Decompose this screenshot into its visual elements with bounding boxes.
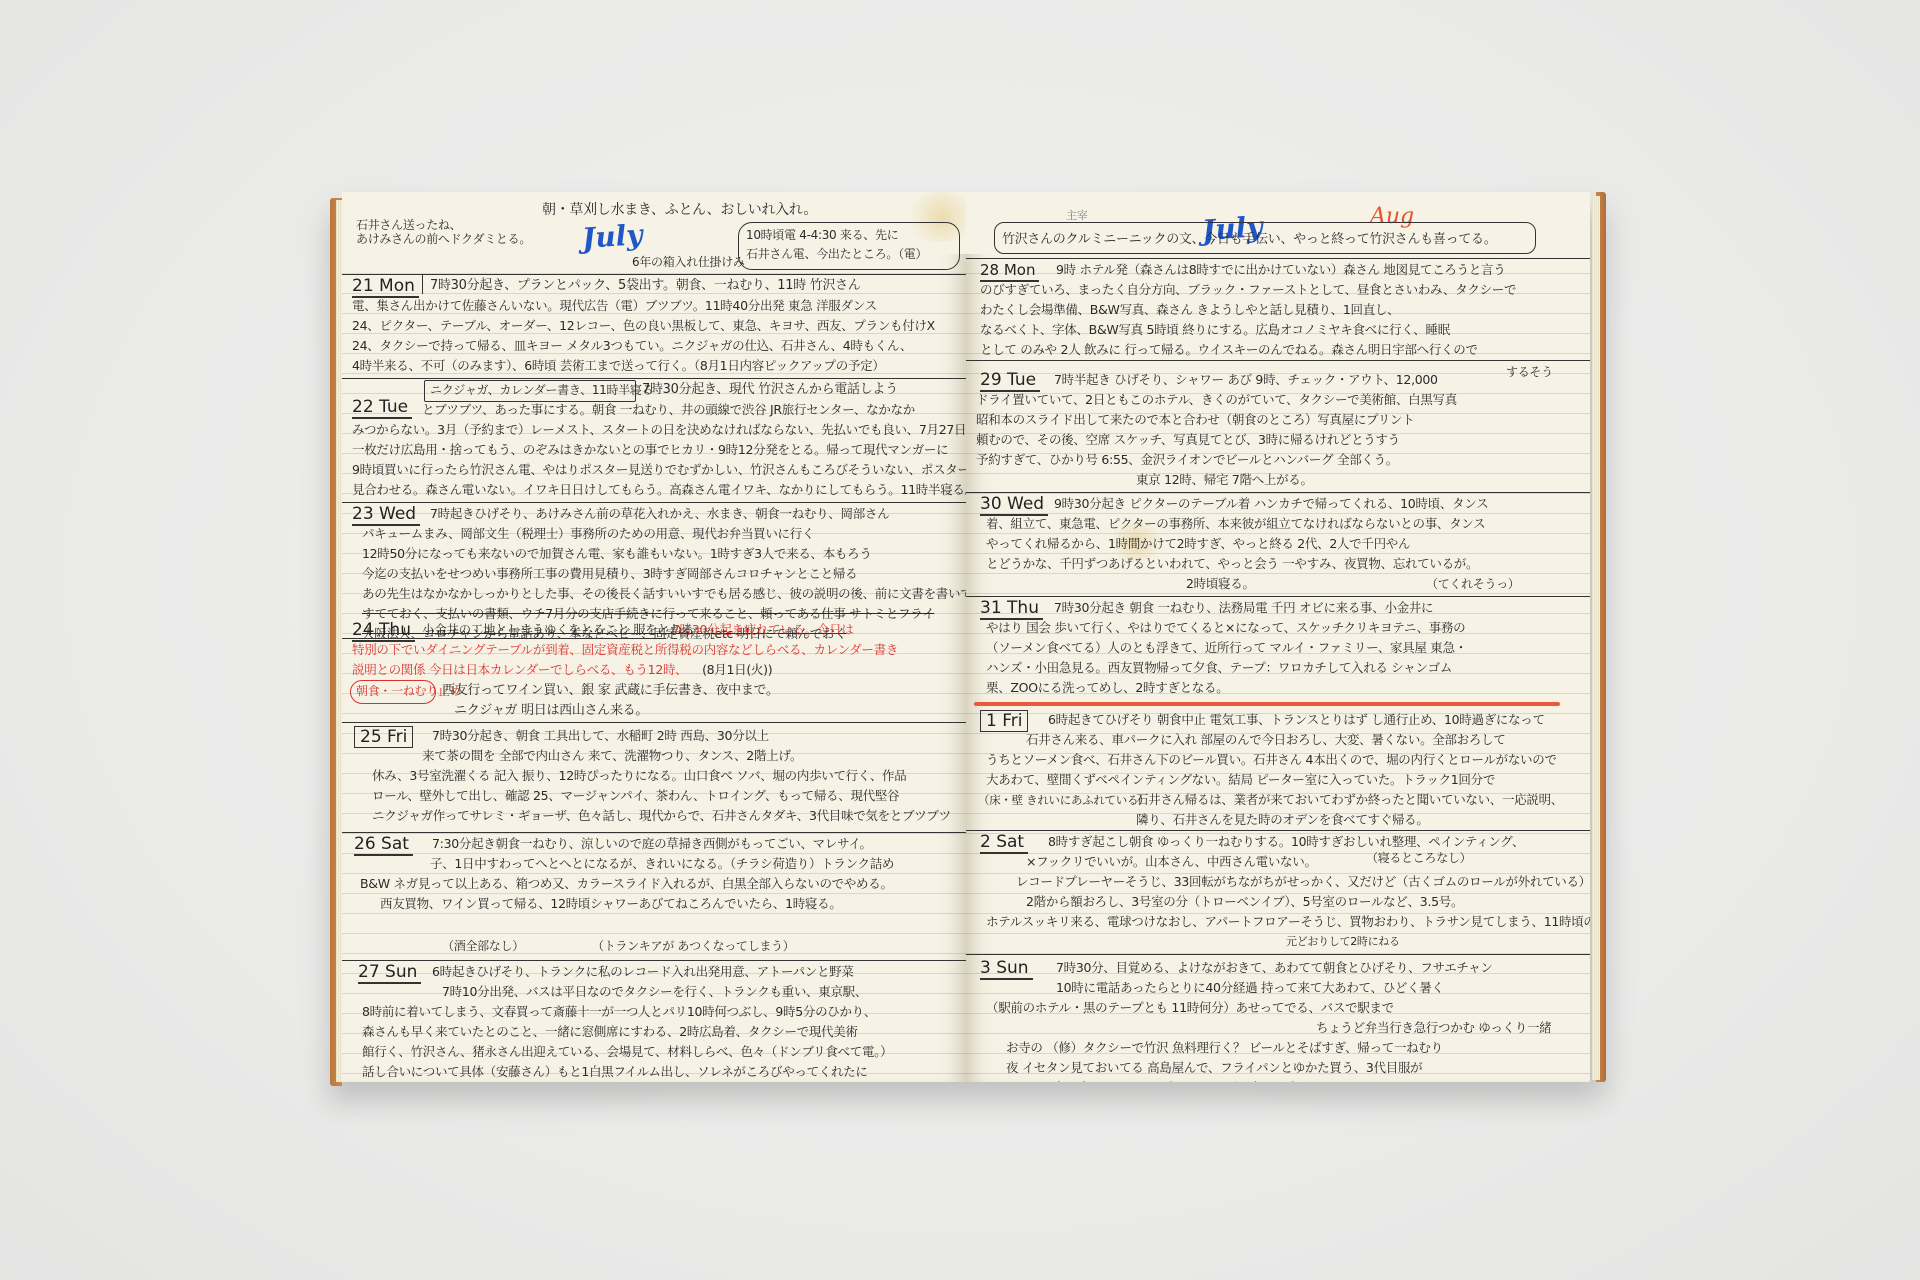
entry-30-wed-body: 着、組立て、東急電、ピクターの事務所、本来彼が組立てなければならないとの事、タン… xyxy=(986,514,1485,594)
side-note: （てくれそうっ） xyxy=(1426,574,1520,594)
boxed-top-note-text: 竹沢さんのクルミニーニックの文、今日も手伝い、やっと終って竹沢さんも喜ってる。 xyxy=(1002,230,1496,250)
entry-divider xyxy=(966,360,1590,361)
entry-2-sat-body: ×フックリでいいが。山本さん、中西さん電いない。 レコードプレーヤーそうじ、33… xyxy=(986,852,1590,952)
header-under-month: 6年の箱入れ仕掛けみ xyxy=(632,252,745,272)
day-label-2-sat: 2 Sat xyxy=(980,832,1028,854)
circled-note: （酒全部なし） xyxy=(442,936,524,956)
entry-26-sat-head: 7:30分起き朝食一ねむり、涼しいので庭の草掃き西側がもってごい、マレサイ。 xyxy=(432,834,872,854)
day-label-26-sat: 26 Sat xyxy=(354,834,413,856)
entry-26-sat-body: 子、1日中すわってへとへとになるが、きれいになる。（チラシ荷造り）トランク詰め … xyxy=(360,854,894,914)
entry-27-sun-body: 7時10分出発、バスは平日なのでタクシーを行く、トランクも重い、東京駅、 8時前… xyxy=(362,982,898,1082)
entry-31-thu-body: やはり 国会 歩いて行く、やはりでてくると×になって、スケッチクリキヨテニ、事務… xyxy=(986,618,1467,698)
entry-24-thu-red-head: 7時30分起き疲れている。今日は xyxy=(672,620,854,640)
day-label-21-mon: 21 Mon xyxy=(352,276,419,298)
entry-divider xyxy=(342,722,966,723)
day-divider xyxy=(422,274,423,294)
entry-divider xyxy=(342,502,966,503)
day-label-1-fri: 1 Fri xyxy=(980,710,1028,732)
entry-divider xyxy=(966,492,1590,493)
entry-24-thu-after: 西友行ってワイン買い、銀 家 武蔵に手伝書き、夜中まで。 ニクジャガ 明日は西山… xyxy=(442,681,779,721)
entry-22-tue-body: とブツブツ、あった事にする。朝食 一ねむり、井の頭線で渋谷 JR旅行センター、な… xyxy=(422,400,915,420)
left-page: 朝・草刈し水まき、ふとん、おしいれ入れ。 石井さん送ったね、 あけみさんの前へド… xyxy=(342,192,966,1082)
entry-21-mon-body: 電、集さん出かけて佐藤さんいない。現代広告（電）ブツブツ。11時40分出発 東急… xyxy=(352,296,935,376)
entry-28-mon-head: 9時 ホテル発（森さんは8時すでに出かけていない）森さん 地図見てころうと言う xyxy=(1056,260,1505,280)
entry-1-fri-body: 石井さん来る、車パークに入れ 部屋のんで今日おろし、大変、暑くない。全部おろして… xyxy=(986,730,1563,830)
day-label-25-fri: 25 Fri xyxy=(354,726,413,748)
day-label-27-sun: 27 Sun xyxy=(358,962,421,984)
boxed-reminder-text: ニクジャガ、カレンダー書き、11時半寝る xyxy=(430,380,653,400)
entry-21-mon: 7時30分起き、プランとパック、5袋出す。朝食、一ねむり、11時 竹沢さん xyxy=(430,276,861,296)
entry-31-thu-head: 7時30分起き 朝食 一ねむり、法務局電 千円 オビに来る事、小金井に xyxy=(1054,598,1433,618)
page-stack-right xyxy=(1592,196,1600,1080)
day-label-3-sun: 3 Sun xyxy=(980,958,1033,980)
entry-25-fri-head: 7時30分起き、朝食 工具出して、水稲町 2時 西島、30分以上 xyxy=(432,726,769,746)
day-label-31-thu: 31 Thu xyxy=(980,598,1043,620)
boxed-note-text: 10時頃電 4-4:30 来る、先に 石井さん電、今出たところ。（電） xyxy=(746,226,927,264)
header-top-note: 朝・草刈し水まき、ふとん、おしいれ入れ。 xyxy=(542,200,817,220)
entry-divider xyxy=(342,274,966,275)
header-side-note: 石井さん送ったね、 あけみさんの前へドクダミとる。 xyxy=(356,218,531,246)
entry-23-wed-head: 7時起きひげそり、あけみさん前の草花入れかえ、水まき、朝食一ねむり、岡部さん xyxy=(430,504,889,524)
entry-divider xyxy=(342,832,966,833)
entry-24-thu-red-body: 特別の下でいダイニングテーブルが到着、固定資産税と所得税の内容などしらべる、カレ… xyxy=(352,640,898,680)
open-diary-notebook: 朝・草刈し水まき、ふとん、おしいれ入れ。 石井さん送ったね、 あけみさんの前へド… xyxy=(330,192,1598,1094)
entry-22-tue-head: 7時30分起き、現代 竹沢さんから電話しよう xyxy=(642,380,898,400)
entry-divider xyxy=(966,258,1590,259)
entry-divider xyxy=(342,960,966,961)
entry-24-thu-head: 小金井の工地としまうゆくをとること 服をとねる xyxy=(422,620,694,640)
entry-divider xyxy=(966,954,1590,955)
entry-27-sun-head: 6時起きひげそり、トランクに私のレコード入れ出発用意、アトーパンと野菜 xyxy=(432,962,854,982)
day-label-30-wed: 30 Wed xyxy=(980,494,1048,516)
circled-note: （床・壁 きれいにあふれている） xyxy=(978,790,1149,810)
entry-29-tue-head: 7時半起き ひげそり、シャワー あび 9時、チェック・アウト、12,000 xyxy=(1054,370,1438,390)
day-label-28-mon: 28 Mon xyxy=(980,260,1039,282)
entry-1-fri-head: 6時起きてひげそり 朝食中止 電気工事、トランスとりはず し通行止め、10時過ぎ… xyxy=(1048,710,1545,730)
side-note: するそう xyxy=(1506,362,1553,382)
day-label-22-tue: 22 Tue xyxy=(352,397,412,419)
entry-28-mon-body: のびすぎていろ、まったく自分方向、ブラック・ファーストとして、昼食とさいわみ、タ… xyxy=(980,280,1516,360)
entry-22-tue-body-2: みつからない。3月（予約まで）レーメスト、スタートの日を決めなければならない、先… xyxy=(352,420,966,500)
circled-note: （トランキアが あつくなってしまう） xyxy=(592,936,794,956)
entry-3-sun-head: 7時30分、目覚める、よけながおきて、あわてて朝食とひげそり、フサエチャン xyxy=(1056,958,1493,978)
right-page: 主宰 July Aug 竹沢さんのクルミニーニックの文、今日も手伝い、やっと終っ… xyxy=(966,192,1590,1082)
entry-30-wed-head: 9時30分起き ピクターのテーブル着 ハンカチで帰ってくれる、10時頃、タンス xyxy=(1054,494,1488,514)
day-label-23-wed: 23 Wed xyxy=(352,504,420,526)
entry-29-tue-body: ドライ置いていて、2日ともこのホテル、きくのがていて、タクシーで美術館、白黒写真… xyxy=(976,390,1457,490)
entry-divider xyxy=(966,830,1590,831)
entry-25-fri-body: 来て茶の間を 全部で内山さん 来て、洗濯物つり、タンス、2階上げ。 休み、3号室… xyxy=(372,746,951,826)
entry-divider xyxy=(342,378,966,379)
entry-divider xyxy=(966,596,1590,597)
day-label-24-thu: 24 Thu xyxy=(352,620,415,642)
entry-3-sun-body: 10時に電話あったらとりに40分経過 持って来て大あわて、ひどく暑く （駅前のホ… xyxy=(986,978,1551,1082)
day-label-29-tue: 29 Tue xyxy=(980,370,1040,392)
month-label-july: July xyxy=(581,218,644,255)
orange-highlight-rule xyxy=(974,702,1560,706)
